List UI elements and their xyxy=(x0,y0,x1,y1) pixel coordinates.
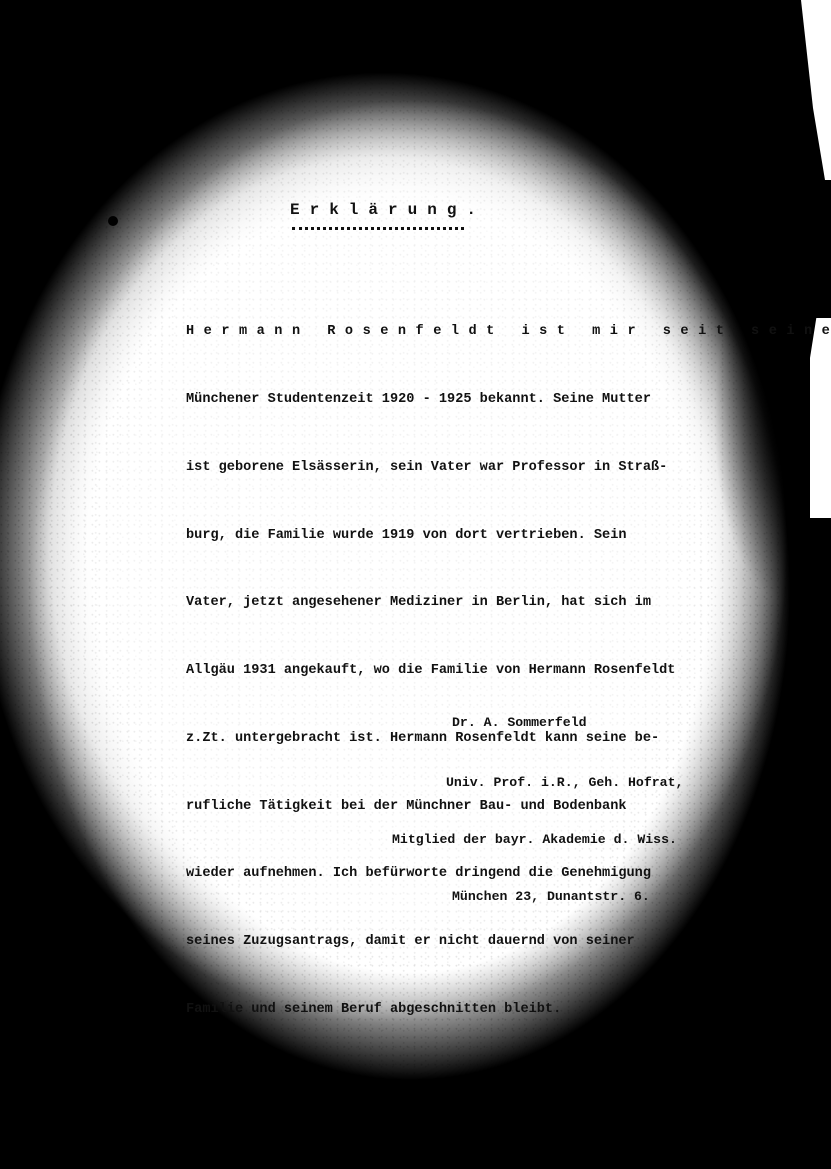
document-title: Erklärung. xyxy=(290,201,486,219)
title-underline xyxy=(292,227,464,230)
signatory-affiliation: Mitglied der bayr. Akademie d. Wiss. xyxy=(392,830,683,849)
signature-block: Dr. A. Sommerfeld Univ. Prof. i.R., Geh.… xyxy=(392,675,683,944)
declaration-body: Hermann Rosenfeldt ist mir seit seiner M… xyxy=(186,276,786,1067)
body-line: ist geborene Elsässerin, sein Vater war … xyxy=(186,457,786,480)
body-line: Familie und seinem Beruf abgeschnitten b… xyxy=(186,999,786,1022)
signatory-name: Dr. A. Sommerfeld xyxy=(392,713,683,732)
body-line: Hermann Rosenfeldt ist mir seit seiner xyxy=(186,321,786,344)
signatory-title: Univ. Prof. i.R., Geh. Hofrat, xyxy=(392,773,683,792)
signatory-address: München 23, Dunantstr. 6. xyxy=(392,887,683,906)
document: Erklärung. Hermann Rosenfeldt ist mir se… xyxy=(0,0,831,1169)
body-line: Münchener Studentenzeit 1920 - 1925 beka… xyxy=(186,389,786,412)
body-line: Vater, jetzt angesehener Mediziner in Be… xyxy=(186,592,786,615)
body-line: burg, die Familie wurde 1919 von dort ve… xyxy=(186,525,786,548)
